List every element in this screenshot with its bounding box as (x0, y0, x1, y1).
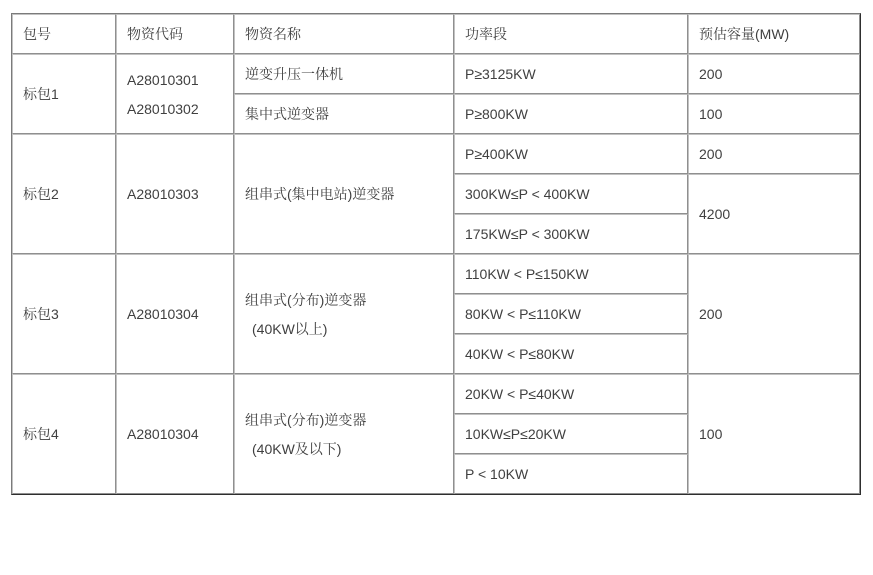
table-row: 标包2 A28010303 组串式(集中电站)逆变器 P≥400KW 200 (12, 134, 860, 174)
table-row: 标包3 A28010304 组串式(分布)逆变器 (40KW以上) 110KW … (12, 254, 860, 294)
package-id-cell: 标包3 (12, 254, 116, 374)
material-name-cell: 集中式逆变器 (234, 94, 454, 134)
power-segment-cell: 80KW < P≤110KW (454, 294, 688, 334)
capacity-cell: 100 (688, 374, 860, 494)
material-code-cell: A28010304 (116, 254, 234, 374)
col-header-material-name: 物资名称 (234, 14, 454, 54)
power-segment-cell: P < 10KW (454, 454, 688, 494)
capacity-cell: 100 (688, 94, 860, 134)
power-segment-cell: 20KW < P≤40KW (454, 374, 688, 414)
power-segment-cell: 40KW < P≤80KW (454, 334, 688, 374)
package-id-cell: 标包4 (12, 374, 116, 494)
col-header-material-code: 物资代码 (116, 14, 234, 54)
package-id-cell: 标包1 (12, 54, 116, 134)
material-name-line: (40KW以上) (245, 319, 445, 339)
material-code-line: A28010304 (127, 424, 225, 444)
procurement-packages-table: 包号 物资代码 物资名称 功率段 预估容量(MW) 标包1 A28010301 … (11, 13, 861, 495)
header-row: 包号 物资代码 物资名称 功率段 预估容量(MW) (12, 14, 860, 54)
material-code-cell: A28010304 (116, 374, 234, 494)
material-name-cell: 组串式(集中电站)逆变器 (234, 134, 454, 254)
col-header-estimated-capacity: 预估容量(MW) (688, 14, 860, 54)
page: 包号 物资代码 物资名称 功率段 预估容量(MW) 标包1 A28010301 … (0, 0, 873, 575)
material-name-line: (40KW及以下) (245, 439, 445, 459)
material-code-line: A28010301 (127, 70, 225, 90)
table-row: 标包1 A28010301 A28010302 逆变升压一体机 P≥3125KW… (12, 54, 860, 94)
material-name-line: 组串式(集中电站)逆变器 (245, 184, 445, 204)
material-code-line: A28010303 (127, 184, 225, 204)
power-segment-cell: P≥3125KW (454, 54, 688, 94)
capacity-cell: 200 (688, 134, 860, 174)
material-name-cell: 逆变升压一体机 (234, 54, 454, 94)
material-code-cell: A28010301 A28010302 (116, 54, 234, 134)
power-segment-cell: 110KW < P≤150KW (454, 254, 688, 294)
col-header-package-no: 包号 (12, 14, 116, 54)
col-header-power-segment: 功率段 (454, 14, 688, 54)
power-segment-cell: 10KW≤P≤20KW (454, 414, 688, 454)
capacity-cell: 200 (688, 254, 860, 374)
material-name-cell: 组串式(分布)逆变器 (40KW及以下) (234, 374, 454, 494)
material-name-line: 组串式(分布)逆变器 (245, 290, 445, 310)
material-name-line: 组串式(分布)逆变器 (245, 410, 445, 430)
capacity-cell: 200 (688, 54, 860, 94)
material-code-line: A28010302 (127, 99, 225, 119)
capacity-cell: 4200 (688, 174, 860, 254)
power-segment-cell: 300KW≤P < 400KW (454, 174, 688, 214)
table-row: 标包4 A28010304 组串式(分布)逆变器 (40KW及以下) 20KW … (12, 374, 860, 414)
material-name-cell: 组串式(分布)逆变器 (40KW以上) (234, 254, 454, 374)
power-segment-cell: P≥800KW (454, 94, 688, 134)
material-code-line: A28010304 (127, 304, 225, 324)
material-code-cell: A28010303 (116, 134, 234, 254)
package-id-cell: 标包2 (12, 134, 116, 254)
power-segment-cell: P≥400KW (454, 134, 688, 174)
power-segment-cell: 175KW≤P < 300KW (454, 214, 688, 254)
